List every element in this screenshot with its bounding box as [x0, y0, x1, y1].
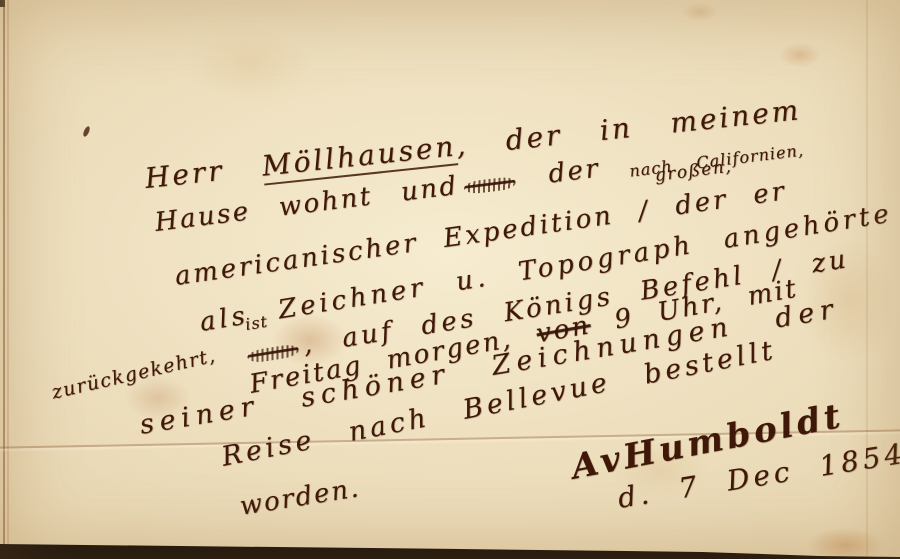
crossed-out-word	[246, 343, 299, 364]
manuscript-scan: Herr Möllhausen, der in meinem Hause woh…	[0, 0, 900, 559]
line5-correction-insert: ist	[244, 312, 269, 334]
paper-bottom-edge	[0, 541, 900, 559]
line2-b: der	[518, 150, 630, 193]
ink-speck	[82, 125, 90, 137]
line1-pre: Herr	[143, 150, 263, 195]
paper-left-edge	[3, 0, 5, 559]
handwriting-line-9: worden.	[238, 473, 363, 522]
crossed-out-word	[463, 176, 516, 195]
handwriting-margin-insert: zurückgekehrt,	[50, 345, 219, 404]
